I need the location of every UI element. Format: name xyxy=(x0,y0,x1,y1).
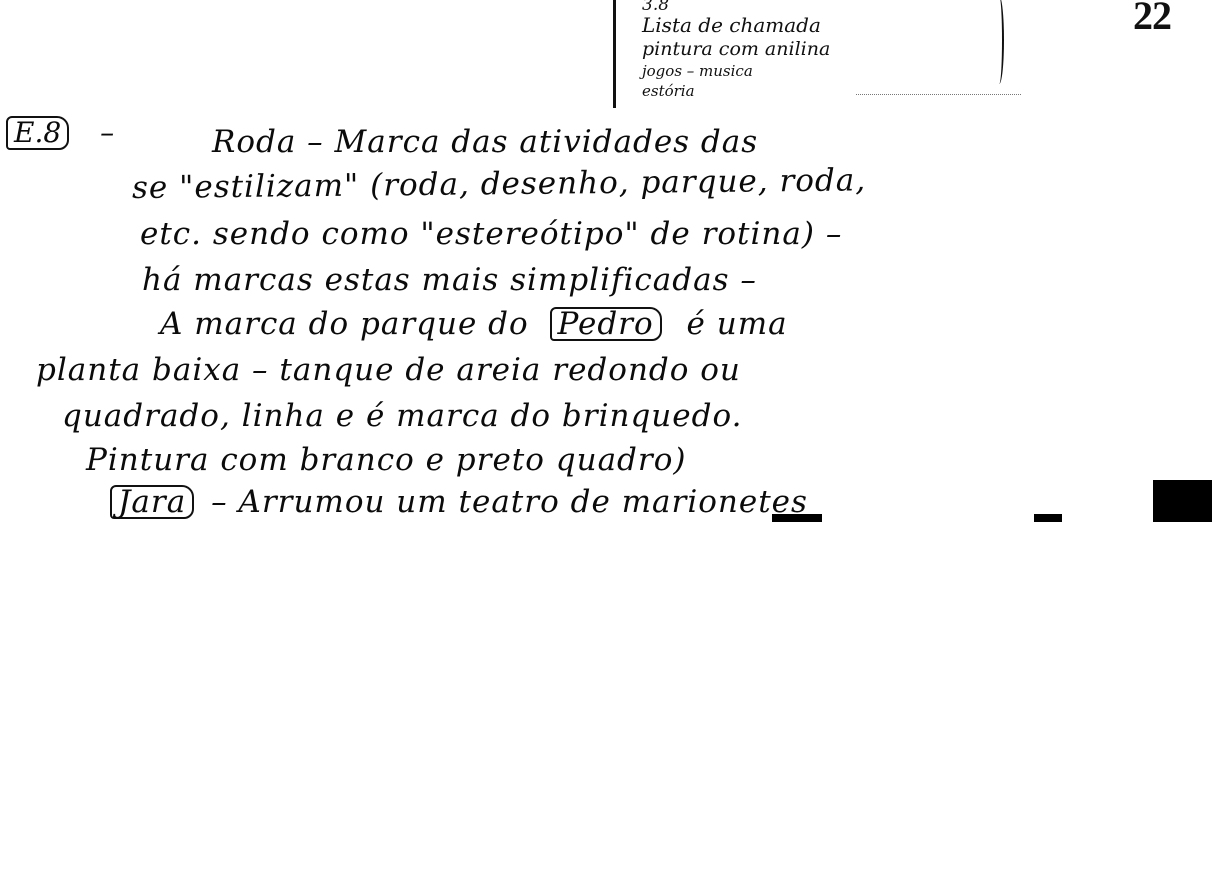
page-number: 22 xyxy=(1133,0,1171,39)
body-line-5-text: A marca do parque do xyxy=(160,306,529,342)
body-line-3: etc. sendo como "estereótipo" de rotina)… xyxy=(140,216,842,252)
body-line-9: Jara – Arrumou um teatro de marionetes xyxy=(110,484,808,520)
section-label: E.8 – xyxy=(6,116,114,150)
body-line-1: Roda – Marca das atividades das xyxy=(212,124,758,160)
body-line-5-after: é uma xyxy=(687,306,788,342)
body-line-9-text: – Arrumou um teatro de marionetes xyxy=(211,484,808,520)
redaction-mark xyxy=(1034,514,1062,522)
note-line: Lista de chamada xyxy=(642,16,821,34)
body-line-4: há marcas estas mais simplificadas – xyxy=(142,262,757,298)
bracket-mark xyxy=(992,0,1004,84)
body-line-6: planta baixa – tanque de areia redondo o… xyxy=(36,352,741,388)
note-line: estória xyxy=(642,82,695,100)
boxed-name-pedro: Pedro xyxy=(550,307,662,341)
manuscript-page: 22 3.8 Lista de chamada pintura com anil… xyxy=(0,0,1212,877)
body-line-5: A marca do parque do Pedro é uma xyxy=(160,306,788,342)
body-line-2: se "estilizam" (roda, desenho, parque, r… xyxy=(132,162,867,206)
note-line: pintura com anilina xyxy=(642,40,830,58)
note-line: 3.8 xyxy=(642,0,669,14)
redaction-mark xyxy=(772,514,822,522)
body-line-7: quadrado, linha e é marca do brinquedo. xyxy=(62,398,742,434)
section-dash: – xyxy=(100,116,114,149)
note-line: jogos – musica xyxy=(642,62,753,80)
margin-note-box: 3.8 Lista de chamada pintura com anilina… xyxy=(613,0,998,108)
redaction-block xyxy=(1153,480,1212,522)
section-label-box: E.8 xyxy=(6,116,69,150)
boxed-name-jara: Jara xyxy=(110,485,194,519)
body-line-8: Pintura com branco e preto quadro) xyxy=(86,442,686,478)
dotted-rule xyxy=(856,94,1021,96)
